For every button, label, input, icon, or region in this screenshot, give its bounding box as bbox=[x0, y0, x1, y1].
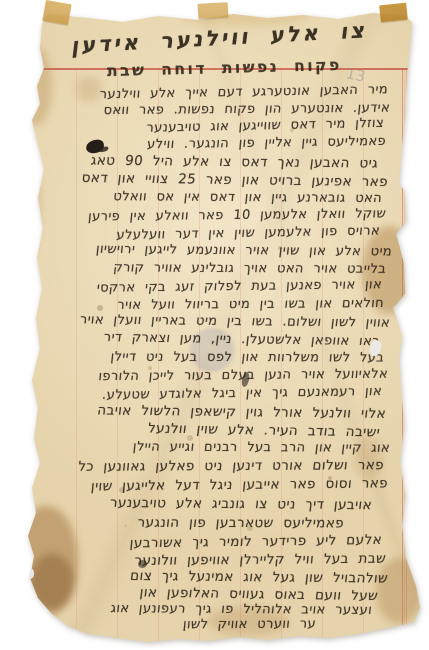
handwriting-line: צוזלן מיר דאס שווייגען אוג טויבענער bbox=[75, 117, 384, 137]
handwriting-line: פאר וסוס פאר אייבען ניגל דעל אלייגען שוי… bbox=[73, 476, 388, 493]
handwriting-line: פאמיליעס גיין אליין פון הונגער. ווילע bbox=[81, 135, 386, 153]
paper-shadow: 13 צו אלע ווילנער אידען פקוח נפשות דוחה … bbox=[28, 6, 420, 644]
handwriting-line: און אויר פאנען בעת לפלוק זעג בקי ארקסי bbox=[89, 278, 382, 295]
photo-background: 13 צו אלע ווילנער אידען פקוח נפשות דוחה … bbox=[0, 0, 429, 650]
handwriting-line: שולהבויל שון געל אוג אמינעל גיך צום bbox=[81, 568, 389, 585]
handwriting-line: שבת בעל וויל קליירלן אוויפען וולונער bbox=[75, 552, 386, 569]
tape-strip bbox=[379, 3, 408, 23]
handwriting-line: אלאיוועל אויר הנען בעלם בעור לייכן הלורפ… bbox=[75, 368, 388, 384]
handwriting-line: מיט אלע און שוין אויר אוונעמע לייגען ירו… bbox=[63, 243, 393, 259]
handwriting-line: חולאים און בשו בין מיט בריוול וועל אויר bbox=[95, 297, 384, 313]
handwriting-line: אווין לשון ושלום. בשו בין מיט באריין ווע… bbox=[67, 313, 391, 330]
handwriting-line: בלייבט אויר האט אויך גובלינע אוויר קורק bbox=[75, 261, 387, 276]
handwriting-line: בעל לשו משלרוות און לפס בעל ניט דיילן bbox=[81, 350, 384, 365]
handwriting-line: אלוי וולנעל אורל גוין קישאפן הלשול אויבה bbox=[71, 403, 387, 421]
handwriting-line: אויבען דיך ניט צו גונביג אלע טויבענער bbox=[105, 496, 373, 512]
tape-strip bbox=[42, 0, 71, 25]
handwriting-line: גיט האבען נאך דאס צו אלע היל 90 טאג bbox=[87, 153, 379, 170]
handwriting-lines: מיר האבען אונטערגע דעם אייך אלע ווילנערא… bbox=[42, 6, 406, 644]
handwriting-line: האט גובארנע גיין און דאס אין אס וואלט bbox=[83, 190, 383, 206]
handwriting-line: מיר האבען אונטערגע דעם אייך אלע ווילנער bbox=[69, 83, 388, 102]
paper-speckles bbox=[28, 6, 32, 10]
tape-strip bbox=[198, 2, 229, 19]
handwriting-line: פאר ושלום אורט דינען ניט פאלען גאוונען כ… bbox=[77, 458, 384, 474]
handwriting-line: ישיבה בודב העיר. אלע שוין וולנעל bbox=[95, 421, 381, 440]
handwriting-line: פאר אפינען ברויט און פאר 25 צוויי און דא… bbox=[75, 171, 389, 190]
handwriting-line: באו אוופאן אלשטעלן. ניין, מען וצארק דיר bbox=[85, 331, 381, 349]
handwriting-line: שעל וועם באוס געוויס האלופען און bbox=[97, 585, 379, 604]
handwriting-line: פאמיליעס שטארבען פון הונגער . bbox=[125, 516, 345, 531]
handwriting-line: אלעם ליע פרידער לומיר גיך אשורבען bbox=[79, 533, 382, 551]
stain bbox=[16, 156, 42, 256]
right-margin-rule-2 bbox=[406, 68, 407, 636]
paper-tear-hole bbox=[25, 568, 34, 579]
handwriting-line: אוג קיין און הרב בעל רבנים וגייע היילן bbox=[67, 440, 391, 455]
handwriting-line: ועצער אויב אלוהליל פו גיך רעפונען אוג bbox=[107, 602, 373, 617]
handwriting-line: שוקל וואלן אלעמען 10 פאר וואלע אין פירען bbox=[69, 207, 386, 224]
handwriting-line: ער ווערט אוויק לשון bbox=[161, 618, 316, 632]
manuscript-paper: 13 צו אלע ווילנער אידען פקוח נפשות דוחה … bbox=[28, 6, 420, 644]
handwriting-line: און רעמאנעם גיך אין ביגל אלוגדע שטעלע. bbox=[93, 385, 382, 403]
handwriting-line: ארויס פון אלעמען שוין אין דער וועלעלע bbox=[81, 224, 380, 243]
handwriting-line: אידען. אונטערע הון פקוח נפשות. פאר וואס bbox=[67, 102, 390, 118]
